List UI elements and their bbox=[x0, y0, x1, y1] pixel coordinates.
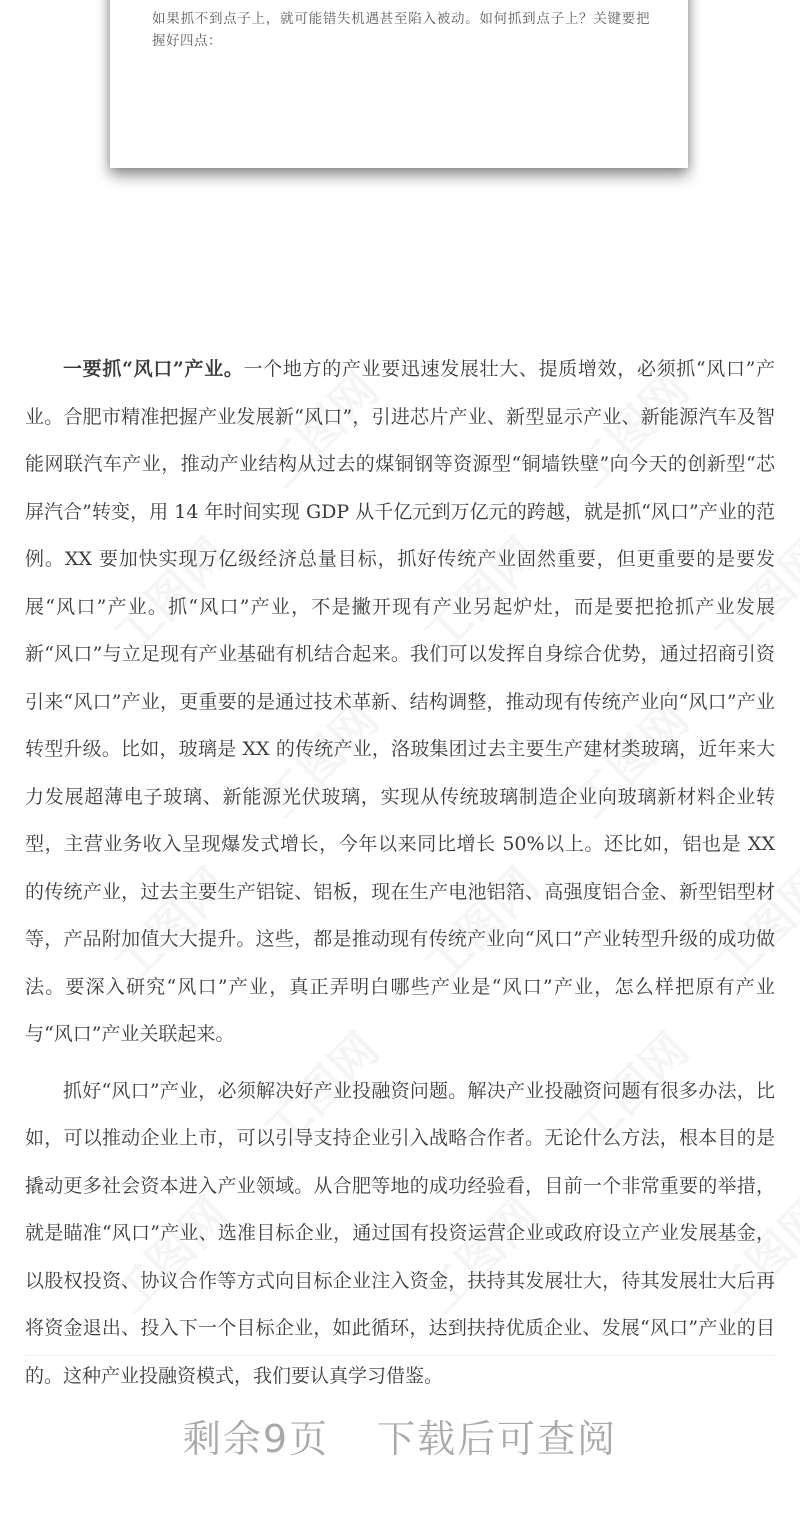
paragraph: 一要抓“风口”产业。一个地方的产业要迅速发展壮大、提质增效，必须抓“风口”产业。… bbox=[25, 346, 775, 1059]
document-preview-page: { "preview_card": { "text": "如果抓不到点子上，就可… bbox=[0, 0, 800, 1516]
paragraph-lead: 一要抓“风口”产业。 bbox=[63, 358, 244, 380]
document-body: 一要抓“风口”产业。一个地方的产业要迅速发展壮大、提质增效，必须抓“风口”产业。… bbox=[25, 346, 775, 1409]
remaining-pages-label: 剩余9页 bbox=[183, 1408, 329, 1463]
paragraph-text: 一个地方的产业要迅速发展壮大、提质增效，必须抓“风口”产业。合肥市精准把握产业发… bbox=[25, 358, 775, 1045]
previous-page-card: 如果抓不到点子上，就可能错失机遇甚至陷入被动。如何抓到点子上？关键要把握好四点： bbox=[110, 0, 688, 168]
preview-separator bbox=[25, 1355, 775, 1356]
paragraph-text: 抓好“风口”产业，必须解决好产业投融资问题。解决产业投融资问题有很多办法，比如，… bbox=[25, 1080, 775, 1387]
remaining-pages-notice: 剩余9页 下载后可查阅 bbox=[0, 1408, 800, 1463]
previous-page-text: 如果抓不到点子上，就可能错失机遇甚至陷入被动。如何抓到点子上？关键要把握好四点： bbox=[152, 8, 650, 52]
download-hint-label: 下载后可查阅 bbox=[377, 1408, 617, 1463]
paragraph: 抓好“风口”产业，必须解决好产业投融资问题。解决产业投融资问题有很多办法，比如，… bbox=[25, 1068, 775, 1401]
